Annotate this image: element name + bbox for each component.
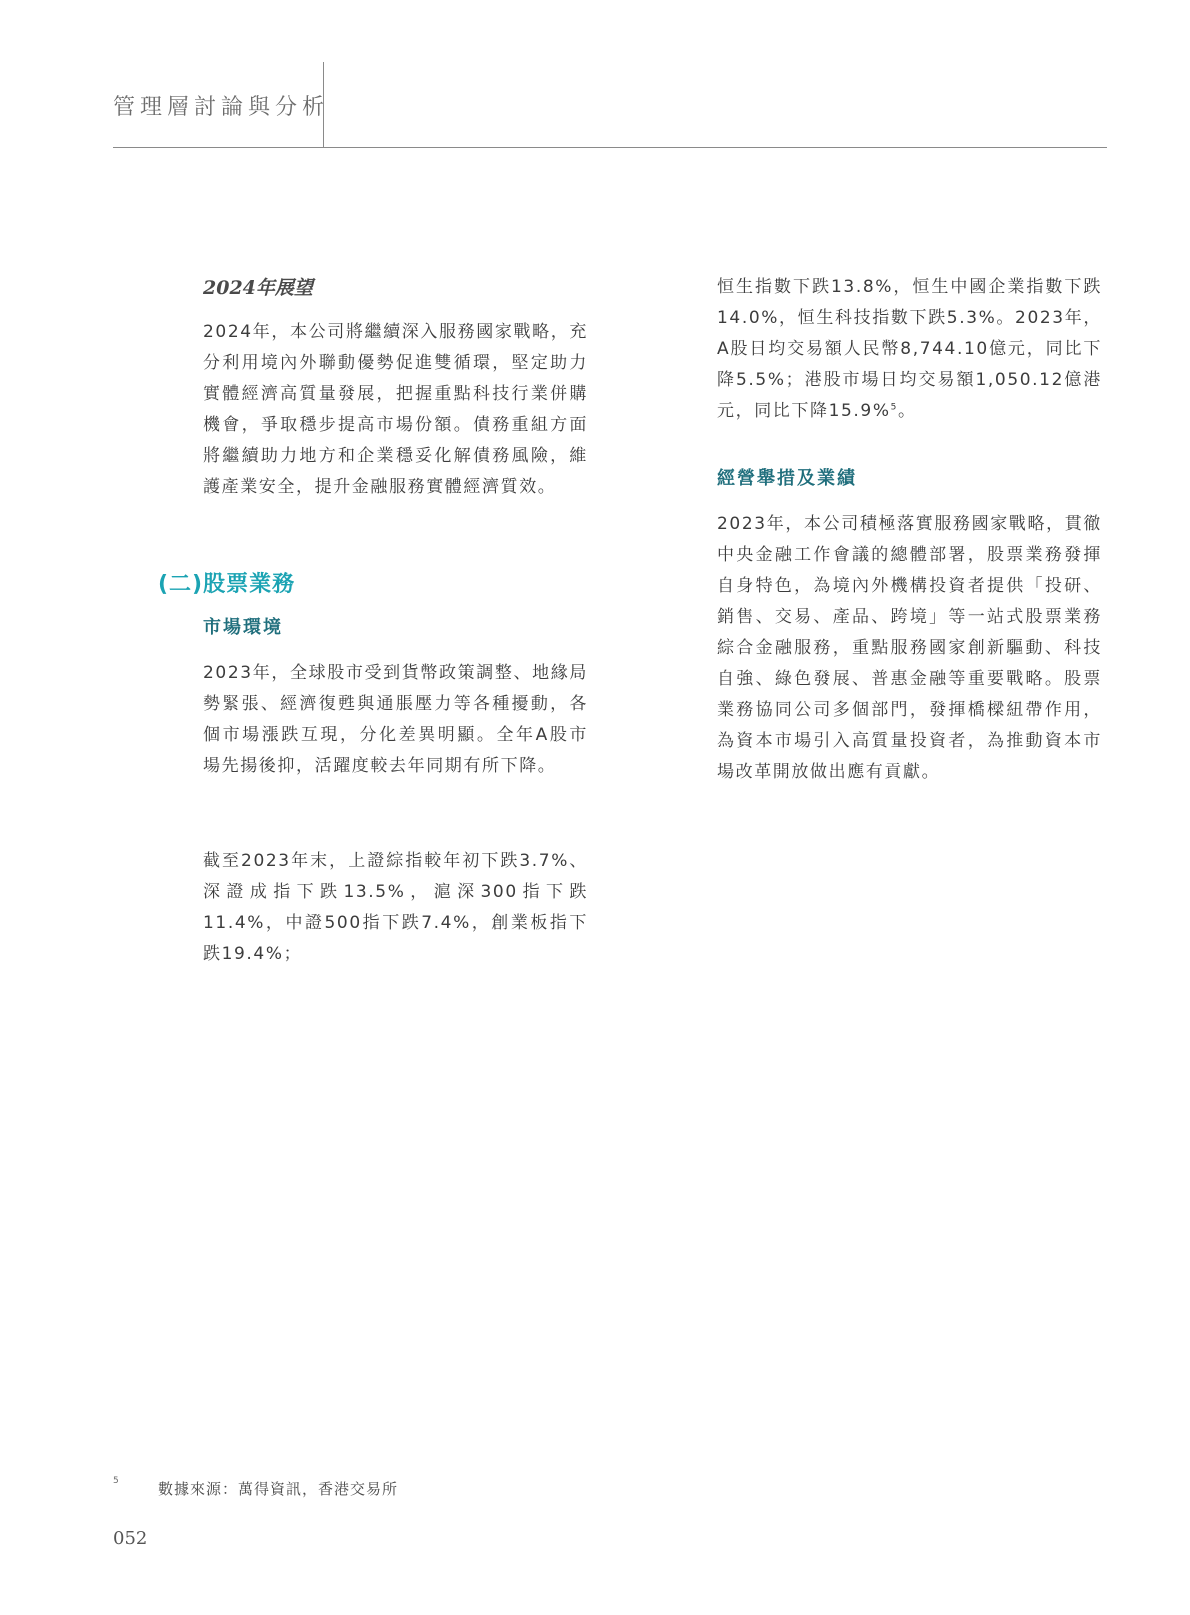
market-paragraph-continued-wrap: 恒生指數下跌13.8%，恒生中國企業指數下跌14.0%，恒生科技指數下跌5.3%… bbox=[717, 272, 1102, 427]
market-paragraph-continued: 恒生指數下跌13.8%，恒生中國企業指數下跌14.0%，恒生科技指數下跌5.3%… bbox=[717, 272, 1102, 427]
operations-paragraph: 2023年，本公司積極落實服務國家戰略，貫徹中央金融工作會議的總體部署，股票業務… bbox=[717, 509, 1102, 788]
header-vertical-divider bbox=[323, 62, 324, 148]
operations-heading: 經營舉措及業績 bbox=[717, 466, 1102, 492]
page-number: 052 bbox=[113, 1528, 147, 1549]
header-horizontal-rule bbox=[113, 147, 1107, 148]
market-environment-block: 市場環境 bbox=[203, 615, 588, 641]
outlook-paragraph: 2024年，本公司將繼續深入服務國家戰略，充分利用境內外聯動優勢促進雙循環，堅定… bbox=[203, 317, 588, 503]
operations-heading-wrap: 經營舉措及業績 bbox=[717, 466, 1102, 492]
footnote-reference: 5 bbox=[891, 402, 898, 412]
market-paragraph-continued-text: 恒生指數下跌13.8%，恒生中國企業指數下跌14.0%，恒生科技指數下跌5.3%… bbox=[717, 277, 1102, 421]
outlook-heading: 2024年展望 bbox=[203, 275, 588, 301]
footnote-text: 數據來源：萬得資訊，香港交易所 bbox=[158, 1478, 398, 1499]
section-heading-equities: (二)股票業務 bbox=[158, 570, 295, 600]
market-paragraph-end: 。 bbox=[898, 401, 917, 421]
market-paragraph-1: 2023年，全球股市受到貨幣政策調整、地緣局勢緊張、經濟復甦與通脹壓力等各種擾動… bbox=[203, 658, 588, 782]
operations-paragraph-wrap: 2023年，本公司積極落實服務國家戰略，貫徹中央金融工作會議的總體部署，股票業務… bbox=[717, 509, 1102, 788]
market-paragraph-1-wrap: 2023年，全球股市受到貨幣政策調整、地緣局勢緊張、經濟復甦與通脹壓力等各種擾動… bbox=[203, 658, 588, 782]
footnote-number: 5 bbox=[113, 1476, 120, 1486]
outlook-block: 2024年展望 2024年，本公司將繼續深入服務國家戰略，充分利用境內外聯動優勢… bbox=[203, 275, 588, 503]
market-environment-heading: 市場環境 bbox=[203, 615, 588, 641]
market-paragraph-2-wrap: 截至2023年末，上證綜指較年初下跌3.7%、深證成指下跌13.5%，滬深300… bbox=[203, 846, 588, 970]
market-paragraph-2: 截至2023年末，上證綜指較年初下跌3.7%、深證成指下跌13.5%，滬深300… bbox=[203, 846, 588, 970]
page-header-title: 管理層討論與分析 bbox=[113, 90, 329, 121]
